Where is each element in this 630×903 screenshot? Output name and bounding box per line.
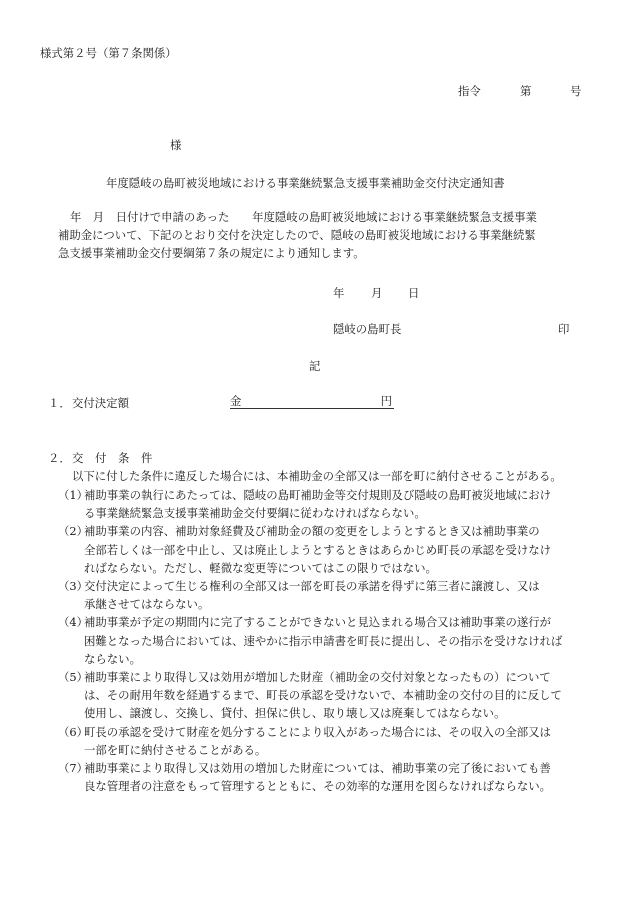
section1-number: １． <box>48 396 71 410</box>
condition-6: （6） 町長の承認を受けて財産を処分することにより収入があった場合には、その収入… <box>58 723 598 759</box>
condition-line: 良な管理者の注意をもって管理するとともに、その効率的な運用を図らなければならない… <box>58 777 598 795</box>
condition-line: 補助事業の内容、補助対象経費及び補助金の額の変更をしようとするとき又は補助事業の <box>58 522 598 540</box>
recipient-suffix: 様 <box>170 138 181 152</box>
conditions-list: （1） 補助事業の執行にあたっては、隠岐の島町補助金等交付規則及び隠岐の島町被災… <box>58 486 598 795</box>
issuer: 隠岐の島町長 <box>333 322 401 336</box>
condition-number: （4） <box>58 613 88 631</box>
amount-field[interactable]: 金 円 <box>230 394 394 409</box>
condition-number: （6） <box>58 723 88 741</box>
condition-3: （3） 交付決定によって生じる権利の全部又は一部を町長の承諾を得ずに第三者に譲渡… <box>58 577 598 613</box>
section2-lead: 以下に付した条件に違反した場合には、本補助金の全部又は一部を町に納付させることが… <box>72 469 562 483</box>
condition-line: ならない。 <box>58 650 598 668</box>
condition-line: 補助事業により取得し又は効用が増加した財産（補助金の交付対象となったもの）につい… <box>58 668 598 686</box>
section2-number: ２． <box>48 451 71 465</box>
section1-label: 交付決定額 <box>72 396 129 410</box>
condition-number: （2） <box>58 522 88 540</box>
intro-line: 補助金について、下記のとおり交付を決定したので、隠岐の島町被災地域における事業継… <box>58 226 590 244</box>
reference-go: 号 <box>570 84 581 98</box>
condition-line: 使用し、譲渡し、交換し、貸付、担保に供し、取り壊し又は廃棄してはならない。 <box>58 704 598 722</box>
condition-line: 困難となった場合においては、速やかに指示申請書を町長に提出し、その指示を受けなけ… <box>58 632 598 650</box>
document-title: 年度隠岐の島町被災地域における事業継続緊急支援事業補助金交付決定通知書 <box>106 176 505 190</box>
form-label: 様式第２号（第７条関係） <box>40 46 177 60</box>
intro-line: 年 月 日付けで申請のあった 年度隠岐の島町被災地域における事業継続緊急支援事業 <box>58 208 590 226</box>
condition-1: （1） 補助事業の執行にあたっては、隠岐の島町補助金等交付規則及び隠岐の島町被災… <box>58 486 598 522</box>
condition-line: 町長の承認を受けて財産を処分することにより収入があった場合には、その収入の全部又… <box>58 723 598 741</box>
condition-line: は、その耐用年数を経過するまで、町長の承認を受けないで、本補助金の交付の目的に反… <box>58 686 598 704</box>
condition-7: （7） 補助事業により取得し又は効用の増加した財産については、補助事業の完了後に… <box>58 759 598 795</box>
condition-line: 補助事業の執行にあたっては、隠岐の島町補助金等交付規則及び隠岐の島町被災地域にお… <box>58 486 598 504</box>
condition-number: （5） <box>58 668 88 686</box>
date-day: 日 <box>408 286 419 300</box>
condition-line: 補助事業が予定の期間内に完了することができないと見込まれる場合又は補助事業の遂行… <box>58 613 598 631</box>
section2-label: 交 付 条 件 <box>72 451 156 465</box>
intro-line: 急支援事業補助金交付要綱第７条の規定により通知します。 <box>58 244 590 262</box>
condition-number: （7） <box>58 759 88 777</box>
condition-line: 補助事業により取得し又は効用の増加した財産については、補助事業の完了後においても… <box>58 759 598 777</box>
date-month: 月 <box>371 286 382 300</box>
condition-4: （4） 補助事業が予定の期間内に完了することができないと見込まれる場合又は補助事… <box>58 613 598 668</box>
condition-line: ればならない。ただし、軽微な変更等についてはこの限りではない。 <box>58 559 598 577</box>
reference-prefix: 指令 <box>458 84 481 98</box>
amount-prefix: 金 <box>230 394 241 408</box>
condition-2: （2） 補助事業の内容、補助対象経費及び補助金の額の変更をしようとするとき又は補… <box>58 522 598 577</box>
date-year: 年 <box>333 286 344 300</box>
condition-line: 一部を町に納付させることがある。 <box>58 741 598 759</box>
condition-line: る事業継続緊急支援事業補助金交付要綱に従わなければならない。 <box>58 504 598 522</box>
amount-suffix: 円 <box>381 394 392 408</box>
ki-heading: 記 <box>309 359 320 373</box>
condition-number: （3） <box>58 577 88 595</box>
condition-number: （1） <box>58 486 88 504</box>
condition-line: 承継させてはならない。 <box>58 595 598 613</box>
condition-line: 全部若しくは一部を中止し、又は廃止しようとするときはあらかじめ町長の承認を受けな… <box>58 541 598 559</box>
reference-dai: 第 <box>520 84 531 98</box>
condition-5: （5） 補助事業により取得し又は効用が増加した財産（補助金の交付対象となったもの… <box>58 668 598 723</box>
seal-mark: 印 <box>558 322 569 336</box>
intro-paragraph: 年 月 日付けで申請のあった 年度隠岐の島町被災地域における事業継続緊急支援事業… <box>58 208 590 262</box>
condition-line: 交付決定によって生じる権利の全部又は一部を町長の承諾を得ずに第三者に譲渡し、又は <box>58 577 598 595</box>
